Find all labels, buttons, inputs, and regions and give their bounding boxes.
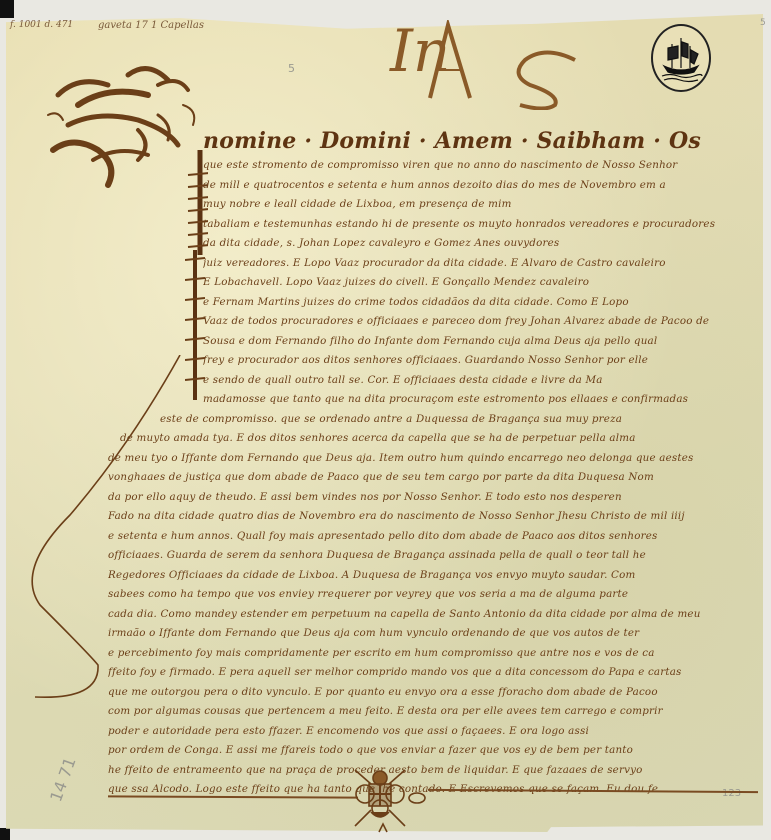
manuscript-line: vonghaaes de justiça que dom abade de Pa… [108, 472, 760, 482]
manuscript-line: Vaaz de todos procuradores e officiaaes … [203, 316, 760, 326]
scan-border [0, 828, 10, 840]
manuscript-line: muy nobre e leall cidade de Lixboa, em p… [203, 199, 760, 209]
manuscript-line: com por algumas cousas que pertencem a m… [108, 706, 760, 716]
manuscript-line: E Lobachavell. Lopo Vaaz juizes do civel… [203, 277, 760, 287]
manuscript-line: Regedores Officiaaes da cidade de Lixboa… [108, 570, 760, 580]
ship-icon [658, 32, 704, 84]
manuscript-line: cada dia. Como mandey estender em perpet… [108, 609, 760, 619]
folio-mark: 5 [288, 62, 295, 75]
scan-border [0, 0, 14, 18]
initial-S-flourish [505, 50, 585, 110]
manuscript-line: frey e procurador aos ditos senhores off… [203, 355, 760, 365]
manuscript-line: de mill e quatrocentos e setenta e hum a… [203, 180, 760, 190]
manuscript-line: Fado na dita cidade quatro dias de Novem… [108, 511, 760, 521]
ship-stamp [651, 24, 711, 92]
initial-A-flourish [420, 20, 480, 100]
manuscript-line: e sendo de quall outro tall se. Cor. E o… [203, 375, 760, 385]
archival-title: gaveta 17 1 Capellas [98, 20, 204, 31]
margin-flourish [10, 355, 185, 705]
manuscript-line: juiz vereadores. E Lopo Vaaz procurador … [203, 258, 760, 268]
manuscript-line: e setenta e hum annos. Quall foy mais ap… [108, 531, 760, 541]
manuscript-line: da por ello aquy de theudo. E assi bem v… [108, 492, 760, 502]
archival-reference: f. 1001 d. 471 [10, 20, 73, 30]
manuscript-line: e Fernam Martins juizes do crime todos c… [203, 297, 760, 307]
manuscript-line: officiaaes. Guarda de serem da senhora D… [108, 550, 760, 560]
manuscript-line: tabaliam e testemunhas estando hi de pre… [203, 219, 760, 229]
manuscript-line: este de compromisso. que se ordenado ant… [160, 414, 760, 424]
manuscript-line: de meu tyo o Iffante dom Fernando que De… [108, 453, 760, 463]
top-right-mark: 5 [760, 18, 766, 28]
illuminated-initial-flourish [38, 55, 208, 255]
manuscript-line: Sousa e dom Fernando filho do Infante do… [203, 336, 760, 346]
initial-stem [185, 250, 205, 400]
manuscript-line: poder e autoridade pera esto ffazer. E e… [108, 726, 760, 736]
manuscript-line: e percebimento foy mais compridamente pe… [108, 648, 760, 658]
manuscript-line: por ordem de Conga. E assi me ffareis to… [108, 745, 760, 755]
manuscript-line: madamosse que tanto que na dita procuraç… [203, 394, 760, 404]
manuscript-scan: f. 1001 d. 471 gaveta 17 1 Capellas 5 5 [0, 0, 771, 840]
page-number: 123 [722, 788, 741, 799]
manuscript-line: que este stromento de compromisso viren … [203, 160, 760, 170]
manuscript-line: da dita cidade, s. Johan Lopez cavaleyro… [203, 238, 760, 248]
manuscript-line: ffeito foy e firmado. E pera aquell ser … [108, 667, 760, 677]
invocation-heading: nomine · Domini · Amem · Saibham · Os [203, 128, 701, 154]
manuscript-line: de muyto amada tya. E dos ditos senhores… [120, 433, 760, 443]
manuscript-line: que me outorgou pera o dito vynculo. E p… [108, 687, 760, 697]
manuscript-line: irmaão o Iffante dom Fernando que Deus a… [108, 628, 760, 638]
manuscript-line: sabees como ha tempo que vos enviey rreq… [108, 589, 760, 599]
notarial-sign [335, 760, 435, 840]
